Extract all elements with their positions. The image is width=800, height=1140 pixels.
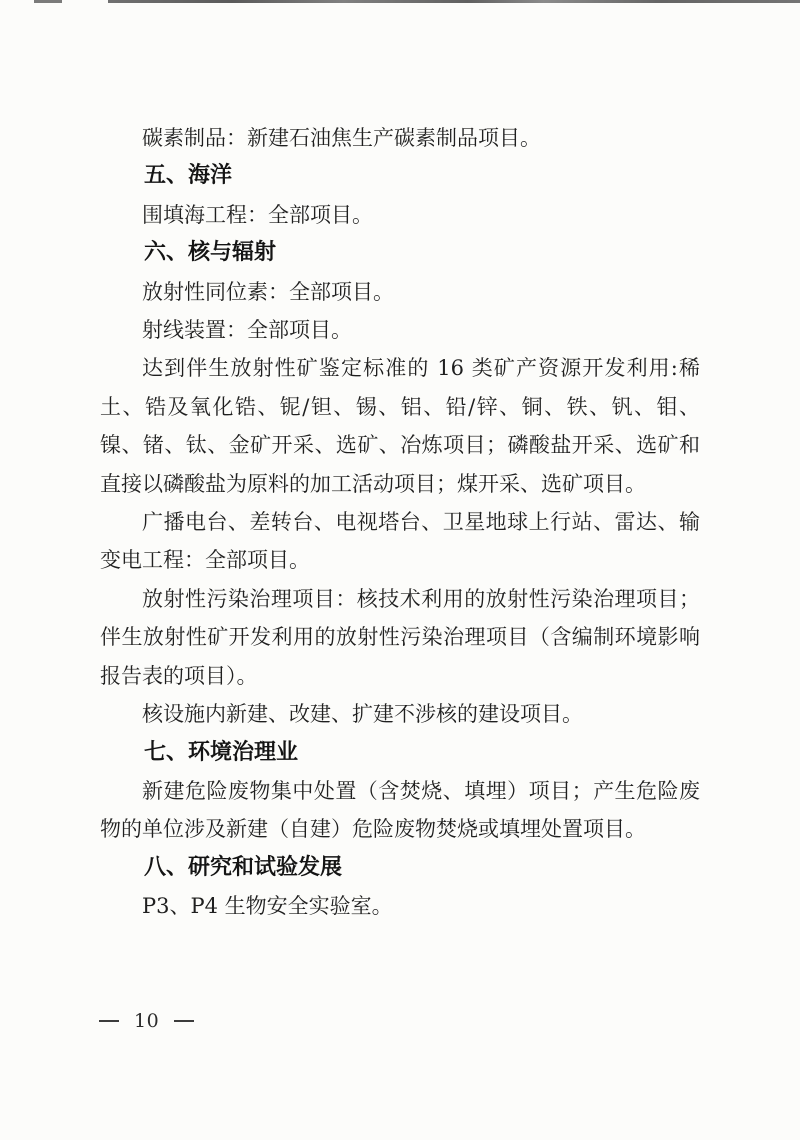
footer-left-dash: [99, 1020, 119, 1022]
document-body: 碳素制品：新建石油焦生产碳素制品项目。 五、海洋 围填海工程：全部项目。 六、核…: [100, 119, 700, 926]
page-number: 10: [134, 1010, 159, 1032]
heading-section-8-research-development: 八、研究和试验发展: [100, 849, 700, 887]
para-biosafety-labs: P3、P4 生物安全实验室。: [100, 887, 700, 925]
heading-section-6-nuclear-radiation: 六、核与辐射: [100, 234, 700, 272]
heading-section-5-ocean: 五、海洋: [100, 157, 700, 195]
para-associated-radioactive-minerals: 达到伴生放射性矿鉴定标准的 16 类矿产资源开发利用:稀土、锆及氧化锆、铌/钽、…: [100, 349, 700, 503]
scan-artifact-mark: [34, 0, 62, 3]
para-radioactive-pollution-control: 放射性污染治理项目：核技术利用的放射性污染治理项目；伴生放射性矿开发利用的放射性…: [100, 580, 700, 695]
page-footer: 10: [99, 1010, 194, 1032]
para-ray-devices: 射线装置：全部项目。: [100, 311, 700, 349]
para-hazardous-waste-disposal: 新建危险废物集中处置（含焚烧、填埋）项目；产生危险废物的单位涉及新建（自建）危险…: [100, 772, 700, 849]
para-radioisotopes: 放射性同位素：全部项目。: [100, 273, 700, 311]
para-nuclear-facility-non-nuclear-projects: 核设施内新建、改建、扩建不涉核的建设项目。: [100, 695, 700, 733]
footer-right-dash: [174, 1020, 194, 1022]
heading-section-7-environmental-governance: 七、环境治理业: [100, 734, 700, 772]
scan-artifact-line: [108, 0, 800, 3]
para-carbon-products: 碳素制品：新建石油焦生产碳素制品项目。: [100, 119, 700, 157]
para-land-reclamation: 围填海工程：全部项目。: [100, 196, 700, 234]
scanned-document-page: 碳素制品：新建石油焦生产碳素制品项目。 五、海洋 围填海工程：全部项目。 六、核…: [0, 0, 800, 1140]
para-broadcast-transmission-facilities: 广播电台、差转台、电视塔台、卫星地球上行站、雷达、输变电工程：全部项目。: [100, 503, 700, 580]
